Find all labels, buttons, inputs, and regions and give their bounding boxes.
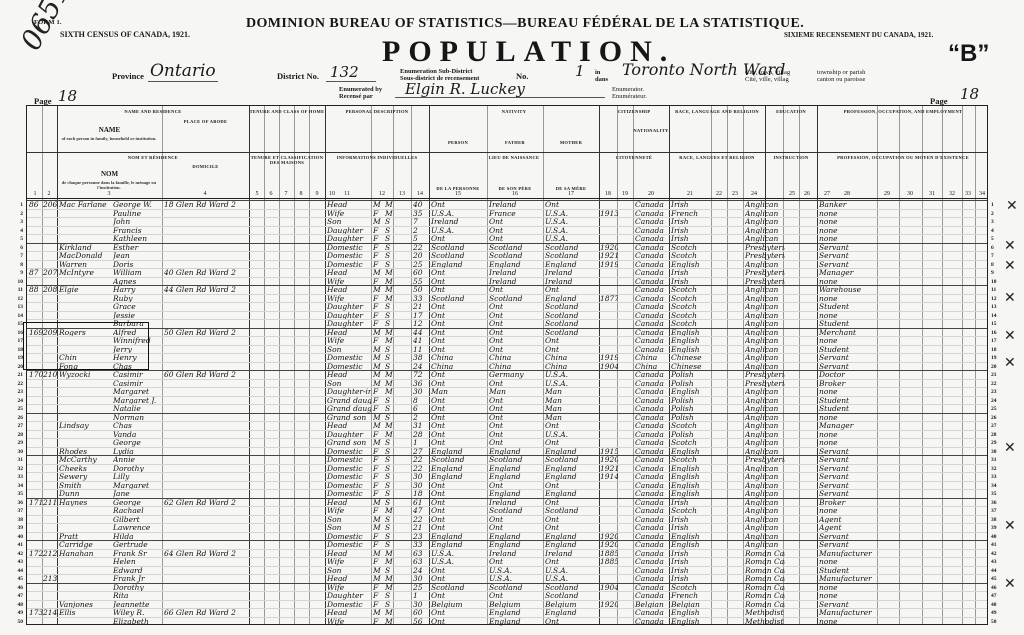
table-row: 4343HelenWifeFM63U.S.A.OntOnt1885CanadaI…	[27, 557, 987, 566]
row-number: 42	[5, 550, 23, 558]
table-row: 88WarrenDorisDomesticFS25EnglandEnglandE…	[27, 260, 987, 269]
in-label-en: in	[595, 69, 608, 76]
row-number: 47	[5, 592, 23, 600]
archive-stamp-number: 0651	[14, 0, 77, 55]
page-number-right: 18	[960, 85, 979, 103]
column-number: 30	[904, 191, 916, 197]
row-number: 1	[5, 201, 23, 209]
row-number: 16	[5, 329, 23, 337]
row-number-right: 37	[991, 507, 1007, 515]
table-row: 1186206Mac FarlaneGeorge W.18 Glen Rd Wa…	[27, 200, 987, 209]
column-number: 29	[881, 191, 893, 197]
column-number: 34	[976, 191, 988, 197]
column-number: 11	[341, 191, 353, 197]
row-number-right: 34	[991, 482, 1007, 490]
place-of-abode-heading: Place of Abode	[162, 119, 249, 124]
header-bottom	[27, 198, 987, 199]
township-en: township or parish	[817, 69, 865, 76]
table-row: 3939LawrenceSonMS21OntOntOntCanadaIrishA…	[27, 523, 987, 532]
section-citizenship-fr: Citoyenneté	[599, 155, 669, 160]
table-row: 44FrancisDaughterFS2U.S.A.OntU.S.A.Canad…	[27, 226, 987, 235]
table-row: 22PaulineWifeFM35U.S.A.FranceU.S.A.1913C…	[27, 209, 987, 218]
row-number: 37	[5, 507, 23, 515]
section-name-residence: Name and Residence	[57, 109, 249, 114]
row-number: 24	[5, 397, 23, 405]
column-number: 10	[326, 191, 338, 197]
place-type-en: City, town, villag	[745, 69, 790, 76]
table-row: 1414JessieDaughterFS17OntOntScotlandCana…	[27, 311, 987, 320]
table-row: 3333SeweryLillyDomesticFS30EnglandEnglan…	[27, 472, 987, 481]
section-education: Education	[765, 109, 817, 114]
table-row: 3636171211HaynesGeorge62 Glen Rd Ward 2H…	[27, 498, 987, 507]
enumerator-fr: Enumérateur.	[612, 93, 647, 100]
row-number: 43	[5, 558, 23, 566]
table-row: 4242172212HanahanFrank Sr64 Glen Rd Ward…	[27, 549, 987, 558]
row-number-right: 15	[991, 320, 1007, 328]
section-race-fr: Race, Langues et Religion	[669, 155, 765, 160]
section-nativity-fr: Lieu de Naissance	[429, 155, 599, 160]
row-number: 35	[5, 490, 23, 498]
row-number-right: 42	[991, 550, 1007, 558]
column-number: 24	[748, 191, 760, 197]
row-number: 46	[5, 584, 23, 592]
column-number: 12	[376, 191, 388, 197]
row-number: 25	[5, 405, 23, 413]
nativity-father: Father	[487, 140, 543, 145]
cell-sex: F	[373, 617, 383, 626]
row-number: 20	[5, 363, 23, 371]
cell-religion: Methodist	[745, 617, 785, 626]
check-mark-icon: ✕	[1004, 328, 1016, 344]
row-number: 4	[5, 227, 23, 235]
column-number: 27	[821, 191, 833, 197]
row-number: 36	[5, 499, 23, 507]
row-number: 11	[5, 286, 23, 294]
name-subheading: of each person in family, household or i…	[59, 136, 159, 141]
row-number-right: 24	[991, 397, 1007, 405]
section-personal: Personal Description	[325, 109, 429, 114]
section-tenure: Tenure and Class of Home	[249, 109, 325, 114]
table-row: 1515BarbaraDaughterFS12OntOntScotlandCan…	[27, 319, 987, 328]
row-number: 38	[5, 516, 23, 524]
row-number-right: 47	[991, 592, 1007, 600]
row-number-right: 26	[991, 414, 1007, 422]
row-number: 39	[5, 524, 23, 532]
township-label: township or parish canton ou paroisse	[817, 69, 865, 83]
row-number-right: 21	[991, 371, 1007, 379]
row-number: 50	[5, 618, 23, 626]
row-number-right: 31	[991, 456, 1007, 464]
in-label-fr: dans	[595, 76, 608, 83]
column-number: 19	[619, 191, 631, 197]
table-row: 4545213Frank JrHeadMM30OntU.S.A.U.S.A.Ca…	[27, 574, 987, 583]
table-row: 77MacDonaldJeanDomesticFS20ScotlandScotl…	[27, 251, 987, 260]
column-number: 1	[29, 191, 41, 197]
column-number: 6	[265, 191, 277, 197]
section-citizenship: Citizenship	[599, 109, 669, 114]
row-number: 41	[5, 541, 23, 549]
table-row: 3434SmithMargaretDomesticFS30OntOntOntCa…	[27, 481, 987, 490]
column-number: 20	[645, 191, 657, 197]
row-number-right: 35	[991, 490, 1007, 498]
check-mark-icon: ✕	[1004, 440, 1016, 456]
column-number: 15	[452, 191, 464, 197]
province-underline	[148, 81, 218, 82]
cell-birthplace: Ont	[431, 617, 487, 626]
row-number: 2	[5, 210, 23, 218]
table-row: 9987207McIntyreWilliam40 Glen Rd Ward 2H…	[27, 268, 987, 277]
column-number: 2	[43, 191, 55, 197]
table-row: 2727LindsayChasHeadMM31OntOntOntCanadaSc…	[27, 421, 987, 430]
row-number-right: 36	[991, 499, 1007, 507]
section-race: Race, Language and Religion	[669, 109, 765, 114]
column-number: 7	[280, 191, 292, 197]
enumerated-by-en: Enumerated by	[339, 86, 382, 93]
table-row: 111188208ElgieHarry44 Glen Rd Ward 2Head…	[27, 285, 987, 294]
column-number: 21	[684, 191, 696, 197]
table-row: 1919ChinHenryDomesticMS38ChinaChinaChina…	[27, 353, 987, 362]
table-row: 3131McCarthyAnnieDomesticFS22ScotlandSco…	[27, 455, 987, 464]
table-row: 4646DorothyWifeFM25ScotlandScotlandScotl…	[27, 583, 987, 592]
check-mark-icon: ✕	[1004, 290, 1016, 306]
row-number: 13	[5, 303, 23, 311]
table-row: 2626NormanGrand sonMS2OntOntManCanadaPol…	[27, 413, 987, 422]
row-number: 32	[5, 465, 23, 473]
row-number-right: 2	[991, 210, 1007, 218]
census-title-fr: SIXIEME RECENSEMENT DU CANADA, 1921.	[784, 31, 933, 39]
check-mark-icon: ✕	[1004, 238, 1016, 254]
row-number-right: 18	[991, 346, 1007, 354]
row-number: 9	[5, 269, 23, 277]
enumerated-by-label: Enumerated by Recensé par	[339, 86, 382, 100]
column-number: 26	[801, 191, 813, 197]
row-number: 48	[5, 601, 23, 609]
row-number: 18	[5, 346, 23, 354]
row-number: 22	[5, 380, 23, 388]
row-number: 6	[5, 244, 23, 252]
census-title-en: SIXTH CENSUS OF CANADA, 1921.	[60, 30, 190, 39]
page-number-left: 18	[58, 87, 77, 105]
table-row: 3737RachaelWifeFM47OntScotlandScotlandCa…	[27, 506, 987, 515]
column-number: 16	[509, 191, 521, 197]
table-row: 1818JerrySonMS11OntOntOntCanadaEnglishAn…	[27, 345, 987, 354]
cell-relationship: Wife	[327, 617, 371, 626]
table-row: 2424Margaret J.Grand daughterFS8OntOntMa…	[27, 396, 987, 405]
enumerator-en: Enumerator.	[612, 86, 647, 93]
section-nativity: Nativity	[429, 109, 599, 114]
cell-nationality: Canada	[635, 617, 669, 626]
row-number-right: 14	[991, 312, 1007, 320]
table-row: 3030RhodesLydiaDomesticFS27EnglandEnglan…	[27, 447, 987, 456]
row-number: 15	[5, 320, 23, 328]
header-divider	[27, 152, 987, 153]
place-type-fr: Cité, ville, villag	[745, 76, 790, 83]
row-number: 34	[5, 482, 23, 490]
table-row: 3535DunnJaneDomesticFS18OntEnglandEnglan…	[27, 489, 987, 498]
column-number: 4	[199, 191, 211, 197]
table-row: 55KathleenDaughterFS5OntOntU.S.A.CanadaI…	[27, 234, 987, 243]
table-row: 2323MargaretDaughter-in-lawFM30ManManMan…	[27, 387, 987, 396]
table-row: 4848VanjonesJeannetteDomesticFS30Belgium…	[27, 600, 987, 609]
row-number-right: 32	[991, 465, 1007, 473]
row-number: 17	[5, 337, 23, 345]
row-number: 7	[5, 252, 23, 260]
cell-occupation: none	[819, 617, 875, 626]
column-number: 5	[251, 191, 263, 197]
district-underline	[326, 81, 376, 82]
row-number-right: 4	[991, 227, 1007, 235]
row-number: 45	[5, 575, 23, 583]
row-number: 21	[5, 371, 23, 379]
nativity-mother: Mother	[543, 140, 599, 145]
section-profession-fr: Profession, Occupation ou Moyen d'Existe…	[817, 155, 989, 160]
table-row: 1313GraceDaughterFS21OntOntScotlandCanad…	[27, 302, 987, 311]
row-number: 49	[5, 609, 23, 617]
enumerator-name: Elgin R. Luckey	[405, 80, 525, 98]
column-number: 32	[946, 191, 958, 197]
row-number-right: 28	[991, 431, 1007, 439]
cell-mother-birthplace: Ont	[545, 617, 599, 626]
row-number: 44	[5, 567, 23, 575]
column-number: 33	[962, 191, 974, 197]
check-mark-icon: ✕	[1004, 258, 1016, 274]
column-number: 8	[295, 191, 307, 197]
column-number: 31	[926, 191, 938, 197]
row-number-right: 48	[991, 601, 1007, 609]
table-row: 4141CarridgeGertrudeDomesticFS33EnglandE…	[27, 540, 987, 549]
row-number-right: 50	[991, 618, 1007, 626]
bureau-title: DOMINION BUREAU OF STATISTICS—BUREAU FÉD…	[246, 16, 804, 32]
row-number-right: 3	[991, 218, 1007, 226]
table-row: 1717WinnifredWifeFM41OntOntOntCanadaEngl…	[27, 336, 987, 345]
schedule-label: “B”	[948, 40, 989, 68]
table-row: 2222CasimirSonMM36OntOntU.S.A.CanadaPoli…	[27, 379, 987, 388]
row-number: 33	[5, 473, 23, 481]
column-number: 28	[841, 191, 853, 197]
table-row: 1212RubyWifeFM33ScotlandScotlandEngland1…	[27, 294, 987, 303]
table-row: 4444EdwardSonMS24OntU.S.A.U.S.A.CanadaIr…	[27, 566, 987, 575]
table-row: 3232CheeksDorothyDomesticFS22EnglandEngl…	[27, 464, 987, 473]
column-number: 9	[311, 191, 323, 197]
column-number: 23	[729, 191, 741, 197]
table-row: 2020FongChasDomesticMS24ChinaChinaChina1…	[27, 362, 987, 371]
row-number: 31	[5, 456, 23, 464]
table-row: 1010AgnesWifeFM55OntIrelandIrelandCanada…	[27, 277, 987, 286]
column-number: 22	[713, 191, 725, 197]
section-nom-residence: Nom et Résidence	[57, 155, 249, 160]
table-row: 2121170210WyzockiCasimir60 Glen Rd Ward …	[27, 370, 987, 379]
column-number: 14	[414, 191, 426, 197]
row-number: 27	[5, 422, 23, 430]
check-mark-icon: ✕	[1004, 355, 1016, 371]
nativity-person: Person	[429, 140, 487, 145]
domicile-heading: Domicile	[162, 164, 249, 169]
row-number: 3	[5, 218, 23, 226]
cell-age: 56	[413, 617, 429, 626]
table-row: 3838GilbertSonMS22OntOntOntCanadaIrishAn…	[27, 515, 987, 524]
row-number: 40	[5, 533, 23, 541]
name-heading: NAME	[57, 126, 162, 134]
table-row: 66KirklandEstherDomesticFS22ScotlandScot…	[27, 243, 987, 252]
row-number-right: 25	[991, 405, 1007, 413]
enumerated-by-fr: Recensé par	[339, 93, 382, 100]
table-row: 33JohnSonMS7IrelandOntU.S.A.CanadaIrishA…	[27, 217, 987, 226]
table-row: 4949173214EllisWiley R.66 Glen Rd Ward 2…	[27, 608, 987, 617]
row-number: 14	[5, 312, 23, 320]
cell-marital-status: M	[385, 617, 395, 626]
row-number-right: 43	[991, 558, 1007, 566]
cell-father-birthplace: England	[489, 617, 543, 626]
form-label: FORM 1.	[34, 19, 62, 26]
province-label: Province	[112, 71, 144, 81]
table-row: 2828VandaDaughterFM28OntOntU.S.A.CanadaP…	[27, 430, 987, 439]
census-page: 0651 FORM 1. SIXTH CENSUS OF CANADA, 192…	[0, 0, 1024, 635]
check-mark-icon: ✕	[1004, 518, 1016, 534]
district-value: 132	[330, 63, 359, 81]
table-row: 4040PrattHildaDomesticFS23EnglandEngland…	[27, 532, 987, 541]
row-number: 23	[5, 388, 23, 396]
table-row: 2929GeorgeGrand sonMS1OntOntOntCanadaSco…	[27, 438, 987, 447]
province-value: Ontario	[150, 61, 216, 81]
table-row: 5050ElizabethWifeFM56OntEnglandOntCanada…	[27, 617, 987, 626]
subdistrict-label-en: Enumeration Sub-District	[400, 68, 479, 75]
row-number: 10	[5, 278, 23, 286]
row-number-right: 33	[991, 473, 1007, 481]
district-label: District No.	[277, 71, 319, 81]
enumerator-underline	[395, 97, 605, 98]
column-number: 25	[786, 191, 798, 197]
census-table: Name and Residence NAME of each person i…	[26, 105, 988, 625]
table-row: 2525NatalieGrand daughterFS6OntOntManCan…	[27, 404, 987, 413]
column-number: 13	[396, 191, 408, 197]
row-number-right: 27	[991, 422, 1007, 430]
cell-given-name: Elizabeth	[113, 617, 161, 626]
row-number: 8	[5, 261, 23, 269]
section-education-fr: Instruction	[765, 155, 817, 160]
cell-racial-origin: English	[671, 617, 711, 626]
enumerator-label: Enumerator. Enumérateur.	[612, 86, 647, 100]
subdistrict-no-value: 1	[575, 62, 585, 80]
row-number-right: 49	[991, 609, 1007, 617]
row-number-right: 1	[991, 201, 1007, 209]
nom-heading: NOM	[57, 170, 162, 178]
nationality-heading: Nationality	[633, 128, 669, 133]
check-mark-icon: ✕	[1004, 576, 1016, 592]
section-profession: Profession, Occupation, and Employment	[817, 109, 989, 114]
highlight-box	[23, 322, 149, 370]
row-number-right: 41	[991, 541, 1007, 549]
in-label: in dans	[595, 69, 608, 83]
table-row: 4747RitaDaughterFS1OntOntScotlandCanadaF…	[27, 591, 987, 600]
row-number-right: 23	[991, 388, 1007, 396]
table-row: 1616169209RogersAlfred50 Glen Rd Ward 2H…	[27, 328, 987, 337]
section-tenure-fr: Tenure et Classification des Maisons	[249, 155, 325, 165]
check-mark-icon: ✕	[1006, 198, 1018, 214]
row-number: 12	[5, 295, 23, 303]
row-number-right: 44	[991, 567, 1007, 575]
column-number: 3	[103, 191, 115, 197]
column-number: 18	[602, 191, 614, 197]
row-number: 30	[5, 448, 23, 456]
row-number: 19	[5, 354, 23, 362]
row-number: 28	[5, 431, 23, 439]
column-number: 17	[565, 191, 577, 197]
row-number: 26	[5, 414, 23, 422]
row-number-right: 22	[991, 380, 1007, 388]
row-number-right: 10	[991, 278, 1007, 286]
place-type-label: City, town, villag Cité, ville, villag	[745, 69, 790, 83]
township-fr: canton ou paroisse	[817, 76, 865, 83]
row-number: 29	[5, 439, 23, 447]
nom-subheading: de chaque personne dans la famille, le m…	[59, 180, 159, 190]
row-number: 5	[5, 235, 23, 243]
section-personal-fr: Informations Individuelles	[325, 155, 429, 160]
